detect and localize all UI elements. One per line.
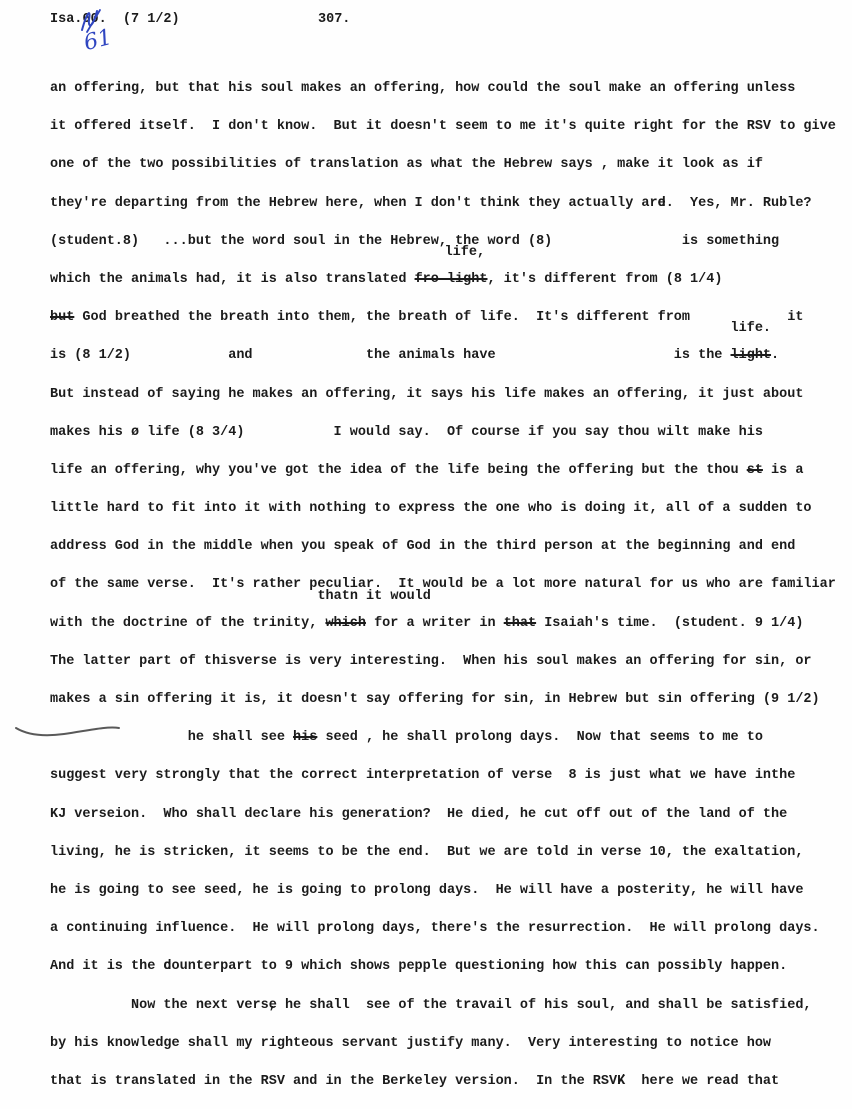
text-run: And it is the — [50, 959, 163, 974]
overtyped-char: ed — [658, 185, 666, 223]
text-run: KJ verseion. Who shall declare his gener… — [50, 807, 787, 822]
text-run: little hard to fit into it with nothing … — [50, 501, 812, 516]
text-run: makes his ø life (8 3/4) I would say. Of… — [50, 425, 763, 440]
overtype-over: , — [269, 987, 277, 1025]
text-run: life an offering, why you've got the ide… — [50, 463, 747, 478]
text-run: God breathed the breath into them, the b… — [74, 310, 803, 325]
overtyped-char: cd — [163, 948, 171, 986]
text-line: it offered itself. I don't know. But it … — [50, 108, 850, 146]
text-line: an offering, but that his soul makes an … — [50, 70, 850, 108]
struck-lecture-number: 60 — [82, 12, 98, 27]
handwritten-correction: 61 — [81, 25, 114, 56]
text-run: makes a sin offering it is, it doesn't s… — [50, 692, 820, 707]
text-run: that is translated in the RSV and in the… — [50, 1074, 617, 1089]
text-line: suggest very strongly that the correct i… — [50, 757, 850, 795]
text-run: for a writer in — [366, 616, 504, 631]
struck-word: fro light — [415, 272, 488, 287]
text-run: he shall see of the travail of his soul,… — [277, 998, 812, 1013]
text-run: , it's different from (8 1/4) — [487, 272, 722, 287]
text-line: that is translated in the RSV and in the… — [50, 1063, 850, 1101]
struck-text: his — [293, 719, 317, 757]
scanned-page: Isa.60. (7 1/2)307. 61 an offering, but … — [0, 0, 852, 1109]
text-line: The latter part of thisverse is very int… — [50, 643, 850, 681]
overtype-over: d — [163, 948, 171, 986]
text-line: he shall see his seed , he shall prolong… — [50, 719, 850, 757]
text-run: a continuing influence. He will prolong … — [50, 921, 820, 936]
text-run: of the same verse. It's rather peculiar.… — [50, 577, 836, 592]
text-run: by his knowledge shall my righteous serv… — [50, 1036, 771, 1051]
text-line: little hard to fit into it with nothing … — [50, 490, 850, 528]
text-run: an offering, but that his soul makes an … — [50, 81, 795, 96]
text-run: he shall see — [50, 730, 293, 745]
text-run: suggest very strongly that the correct i… — [50, 768, 795, 783]
text-line: a continuing influence. He will prolong … — [50, 910, 850, 948]
typed-insertion: life. — [731, 322, 772, 336]
overtyped-char: e, — [269, 987, 277, 1025]
typed-number: 60 — [82, 12, 98, 27]
overtype-over: / — [617, 1063, 625, 1101]
text-line: which the animals had, it is also transl… — [50, 261, 850, 299]
text-line: But instead of saying he makes an offeri… — [50, 376, 850, 414]
struck-text: st — [747, 452, 763, 490]
text-run: (student.8) ...but the word soul in the … — [50, 234, 779, 249]
text-run: they're departing from the Hebrew here, … — [50, 196, 658, 211]
overtyped-char: K/ — [617, 1063, 625, 1101]
page-number: 307. — [318, 12, 350, 27]
text-run: . — [771, 348, 779, 363]
text-run: ounterpart to 9 which shows pepple quest… — [172, 959, 788, 974]
text-line: makes his ø life (8 3/4) I would say. Of… — [50, 414, 850, 452]
typed-text-body: an offering, but that his soul makes an … — [50, 70, 850, 1101]
text-line: he is going to see seed, he is going to … — [50, 872, 850, 910]
text-run: living, he is stricken, it seems to be t… — [50, 845, 803, 860]
struck-text: that — [504, 605, 536, 643]
struck-word: but — [50, 310, 74, 325]
page-header: Isa.60. (7 1/2)307. — [50, 12, 852, 36]
struck-text: fro lightlife, — [415, 261, 488, 299]
text-line: living, he is stricken, it seems to be t… — [50, 834, 850, 872]
text-run: which the animals had, it is also transl… — [50, 272, 415, 287]
overtype-over: d — [658, 185, 666, 223]
text-run: is (8 1/2) and the animals have is the — [50, 348, 731, 363]
text-run: . Yes, Mr. Ruble? — [666, 196, 812, 211]
text-line: makes a sin offering it is, it doesn't s… — [50, 681, 850, 719]
book-abbrev: Isa. — [50, 12, 82, 27]
struck-text: but — [50, 299, 74, 337]
text-line: by his knowledge shall my righteous serv… — [50, 1025, 850, 1063]
typed-insertion: life, — [445, 246, 486, 260]
typed-insertion: thatn it would — [317, 590, 430, 604]
text-line: And it is the cdounterpart to 9 which sh… — [50, 948, 850, 986]
struck-word: st — [747, 463, 763, 478]
text-run: address God in the middle when you speak… — [50, 539, 795, 554]
text-run: seed , he shall prolong days. Now that s… — [317, 730, 763, 745]
struck-text: whichthatn it would — [325, 605, 366, 643]
text-line: is (8 1/2) and the animals have is the l… — [50, 337, 850, 375]
text-line: they're departing from the Hebrew here, … — [50, 185, 850, 223]
struck-text: lightlife. — [731, 337, 772, 375]
struck-word: his — [293, 730, 317, 745]
text-line: with the doctrine of the trinity, whicht… — [50, 605, 850, 643]
struck-word: light — [731, 348, 772, 363]
text-run: But instead of saying he makes an offeri… — [50, 387, 803, 402]
text-line: address God in the middle when you speak… — [50, 528, 850, 566]
text-run: here we read that — [625, 1074, 779, 1089]
struck-word: which — [325, 616, 366, 631]
text-run: it offered itself. I don't know. But it … — [50, 119, 836, 134]
tape-position: . (7 1/2) — [99, 12, 180, 27]
struck-word: that — [504, 616, 536, 631]
text-line: Now the next verse, he shall see of the … — [50, 987, 850, 1025]
text-run: he is going to see seed, he is going to … — [50, 883, 803, 898]
text-run: Now the next vers — [50, 998, 269, 1013]
text-run: Isaiah's time. (student. 9 1/4) — [536, 616, 803, 631]
text-line: KJ verseion. Who shall declare his gener… — [50, 796, 850, 834]
text-line: of the same verse. It's rather peculiar.… — [50, 566, 850, 604]
text-run: is a — [763, 463, 804, 478]
text-run: with the doctrine of the trinity, — [50, 616, 325, 631]
text-line: one of the two possibilities of translat… — [50, 146, 850, 184]
text-line: life an offering, why you've got the ide… — [50, 452, 850, 490]
text-run: The latter part of thisverse is very int… — [50, 654, 812, 669]
text-run: one of the two possibilities of translat… — [50, 157, 763, 172]
